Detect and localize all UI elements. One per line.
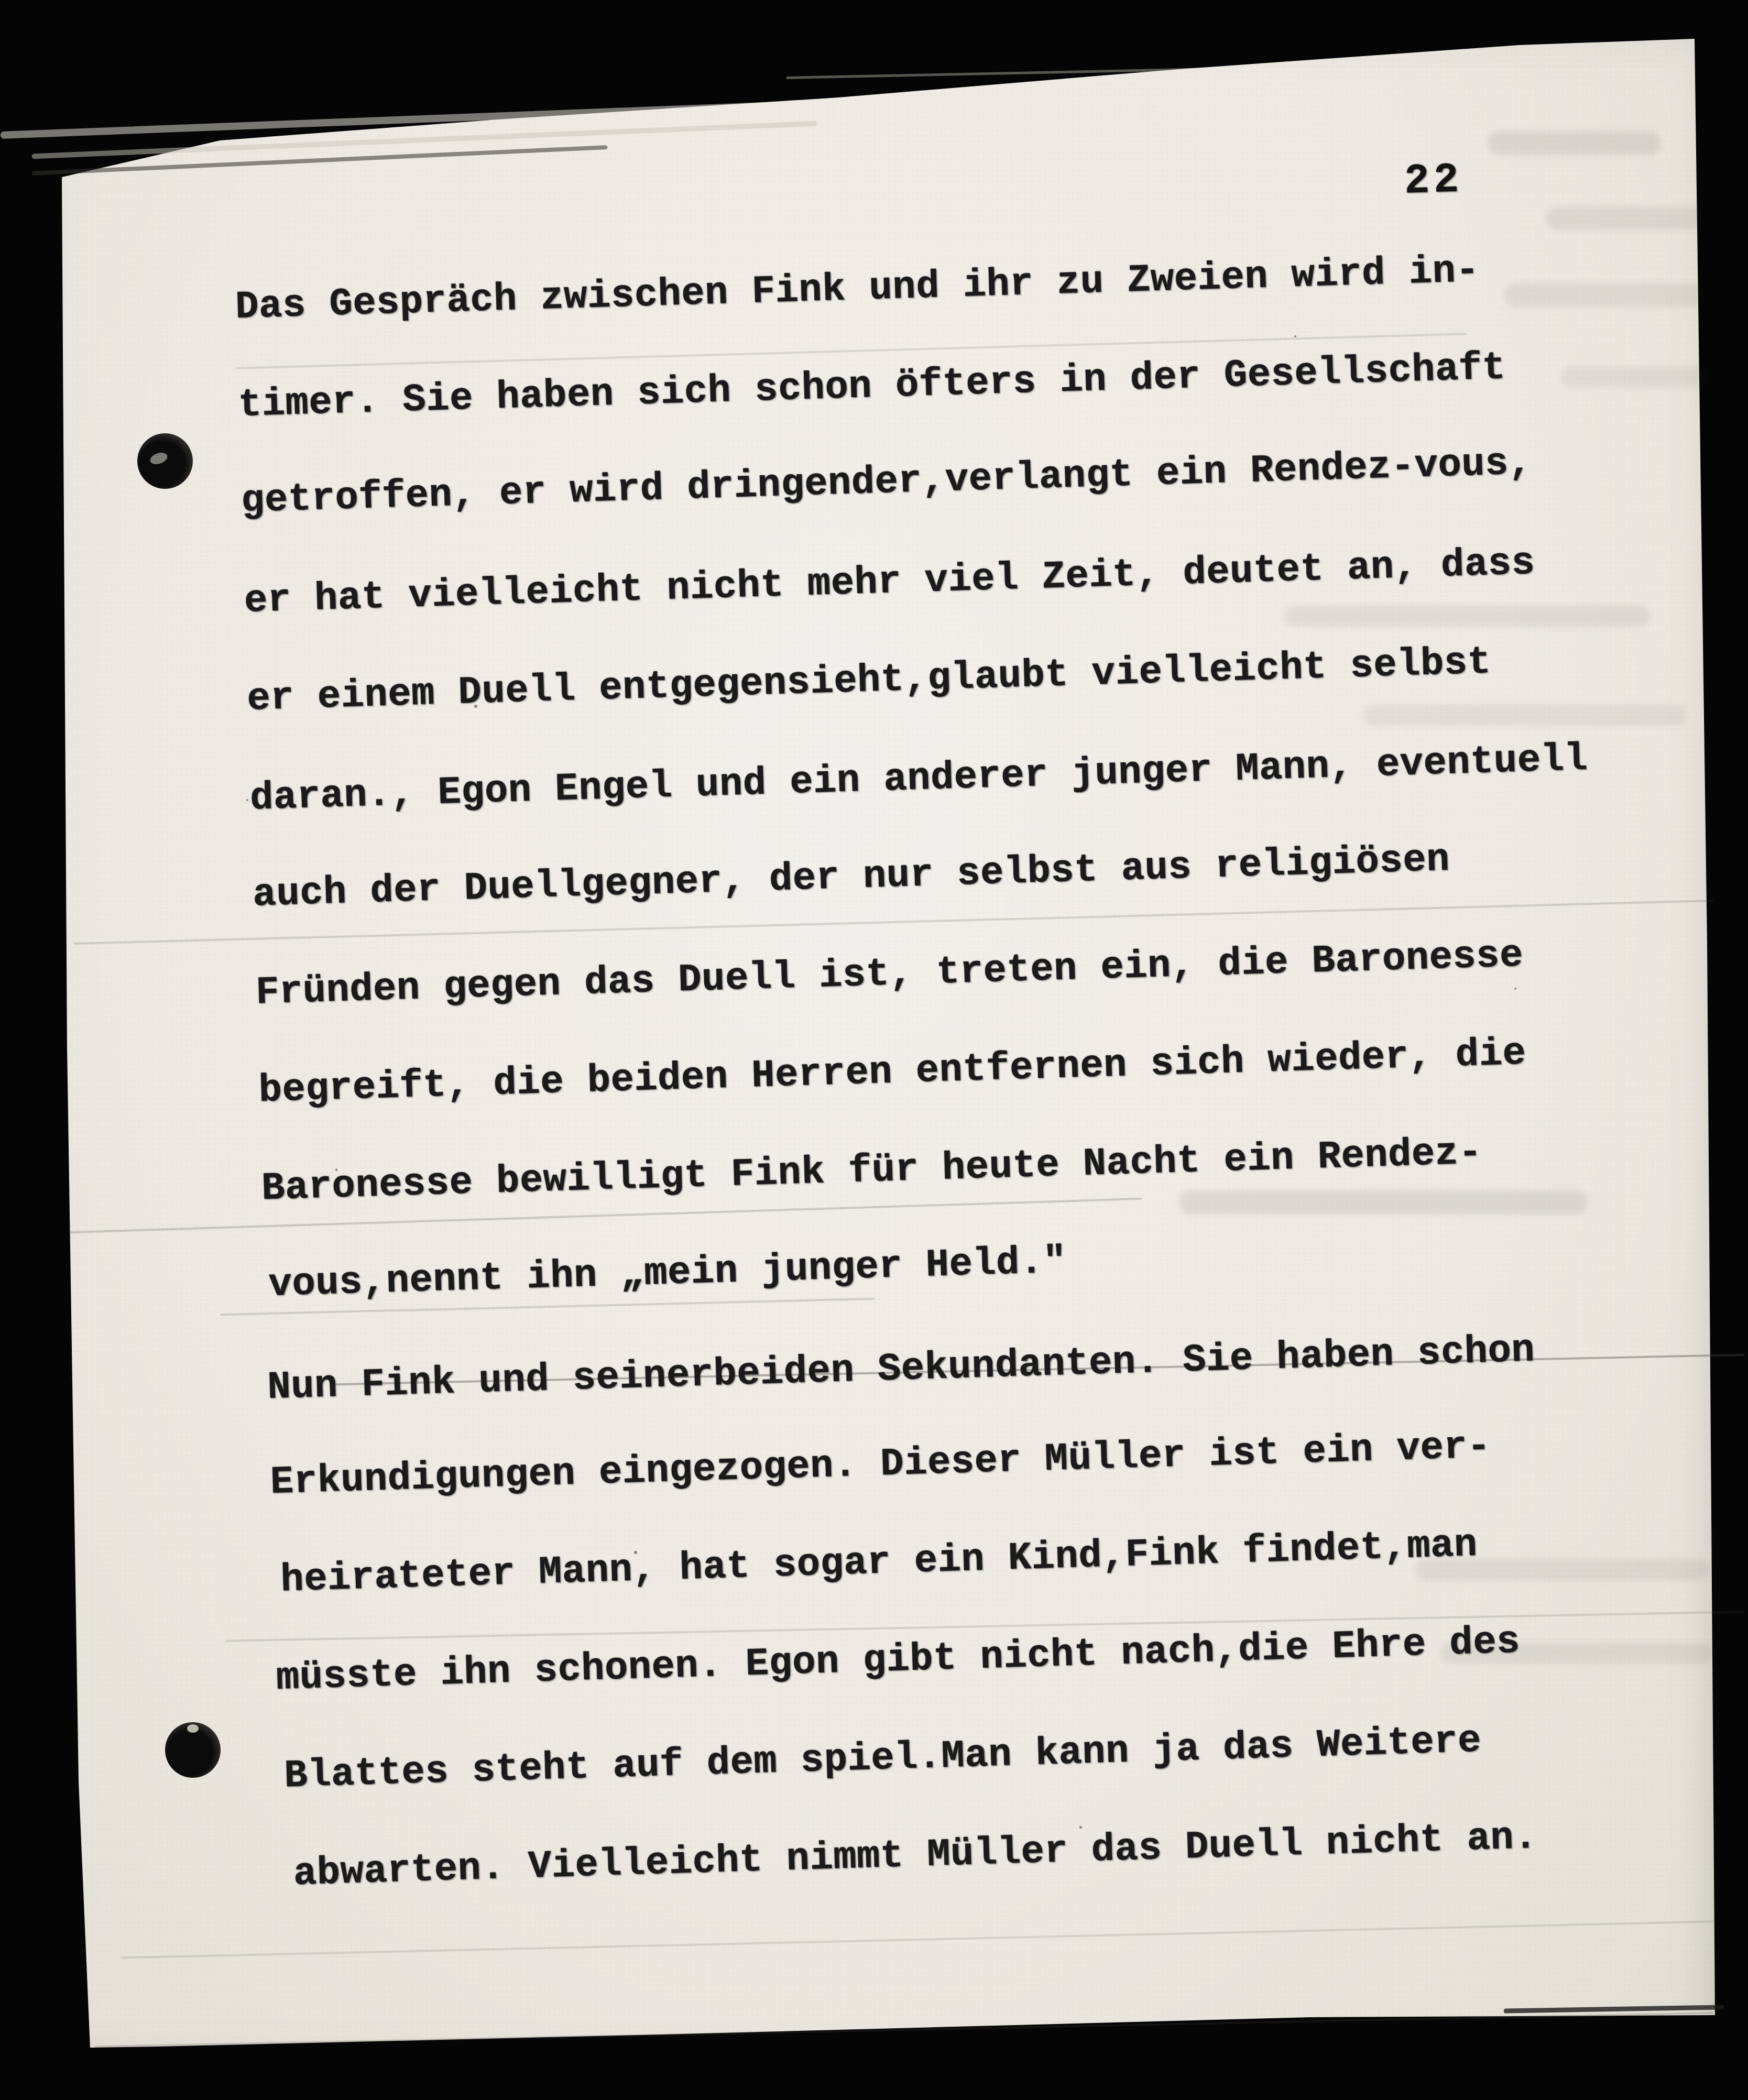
document-text: Das Gespräch zwischen Fink und ihr zu Zw… — [235, 242, 1748, 1951]
page-number: 22 — [1404, 156, 1464, 205]
ghost-text-smudge — [1488, 131, 1661, 155]
hole-punch-bottom — [165, 1722, 221, 1778]
ink-speck — [246, 799, 248, 801]
hole-punch-top — [137, 433, 193, 489]
scanned-page: 22 Das Gespräch zwischen Fink und ihr zu… — [0, 0, 1748, 2100]
ghost-text-smudge — [1546, 207, 1703, 230]
